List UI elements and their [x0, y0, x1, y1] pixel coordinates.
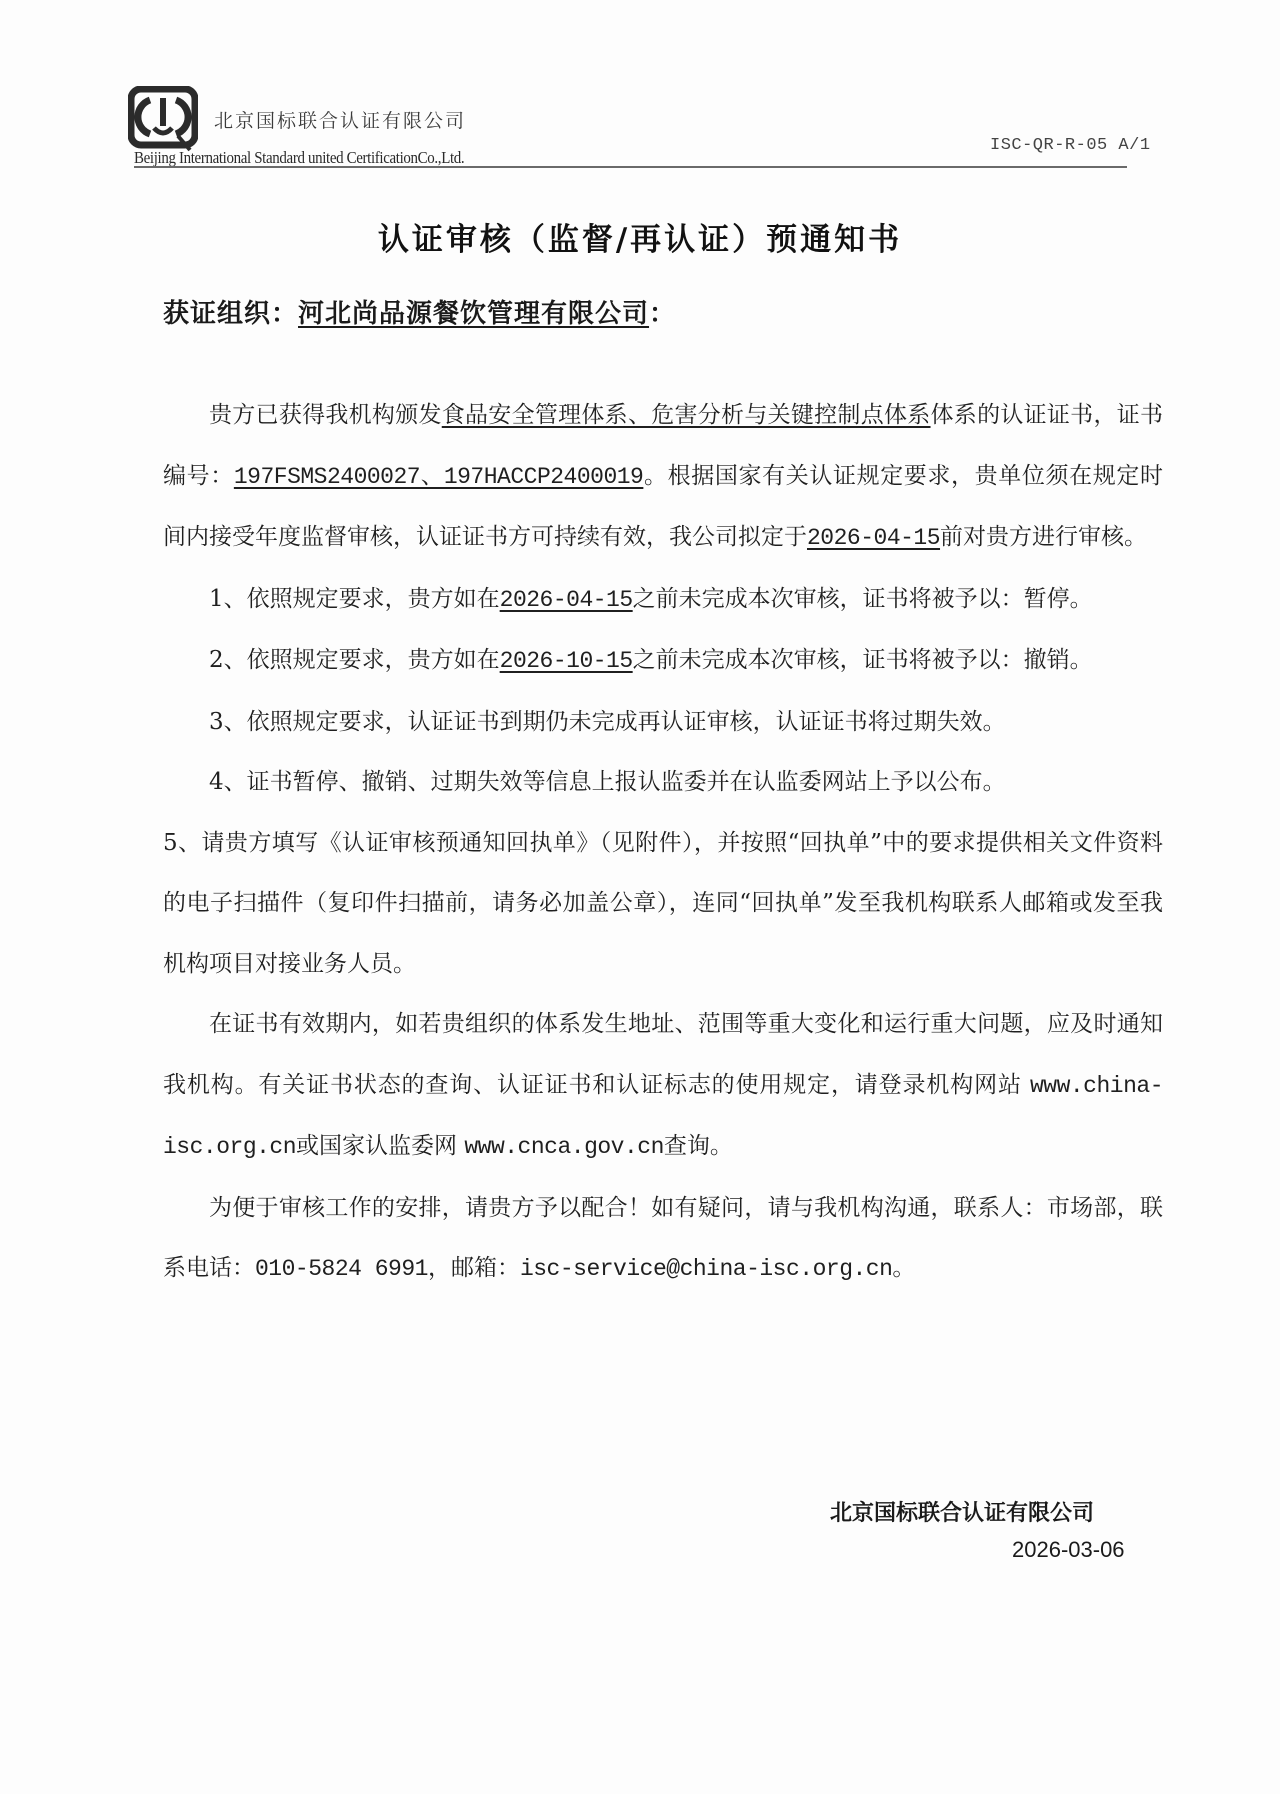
- certificate-numbers: 197FSMS2400027、197HACCP2400019: [234, 464, 644, 490]
- document-page: 北京国标联合认证有限公司 Beijing International Stand…: [0, 0, 1280, 1794]
- signature-company: 北京国标联合认证有限公司: [830, 1496, 1094, 1527]
- intro-text-a: 贵方已获得我机构颁发: [209, 402, 442, 428]
- suspension-date: 2026-04-15: [500, 587, 633, 613]
- contact-email-link[interactable]: isc-service@china-isc.org.cn: [520, 1256, 892, 1282]
- intro-paragraph: 贵方已获得我机构颁发食品安全管理体系、危害分析与关键控制点体系体系的认证证书，证…: [163, 385, 1163, 569]
- notice-paragraph: 在证书有效期内，如若贵组织的体系发生地址、范围等重大变化和运行重大问题，应及时通…: [163, 994, 1163, 1178]
- company-name-cn: 北京国标联合认证有限公司: [214, 106, 466, 133]
- clause-1-text-b: 之前未完成本次审核，证书将被予以：暂停。: [633, 586, 1093, 612]
- notice-body: 贵方已获得我机构颁发食品安全管理体系、危害分析与关键控制点体系体系的认证证书，证…: [163, 385, 1163, 1300]
- cnca-website-link[interactable]: www.cnca.gov.cn: [464, 1134, 664, 1160]
- certified-systems: 食品安全管理体系、危害分析与关键控制点体系: [442, 402, 931, 428]
- addressee-label: 获证组织：: [163, 299, 298, 329]
- clause-5: 5、请贵方填写《认证审核预通知回执单》（见附件），并按照“回执单”中的要求提供相…: [163, 813, 1163, 995]
- contact-phone: 010-5824 6991: [255, 1256, 428, 1282]
- clause-1-text-a: 1、依照规定要求，贵方如在: [209, 586, 500, 612]
- addressee-suffix: ：: [649, 299, 676, 329]
- contact-text-c: 。: [892, 1255, 915, 1281]
- document-title: 认证审核（监督/再认证）预通知书: [0, 214, 1280, 259]
- clause-2: 2、依照规定要求，贵方如在2026-10-15之前未完成本次审核，证书将被予以：…: [163, 630, 1163, 692]
- revocation-date: 2026-10-15: [500, 648, 633, 674]
- notice-text-a: 在证书有效期内，如若贵组织的体系发生地址、范围等重大变化和运行重大问题，应及时通…: [163, 1011, 1163, 1098]
- intro-text-d: 前对贵方进行审核。: [940, 524, 1147, 550]
- clause-2-text-a: 2、依照规定要求，贵方如在: [209, 647, 500, 673]
- signature-date: 2026-03-06: [1012, 1537, 1125, 1563]
- clause-4: 4、证书暂停、撤销、过期失效等信息上报认监委并在认监委网站上予以公布。: [163, 752, 1163, 813]
- contact-paragraph: 为便于审核工作的安排，请贵方予以配合！如有疑问，请与我机构沟通，联系人：市场部，…: [163, 1178, 1163, 1300]
- addressee: 获证组织：河北尚品源餐饮管理有限公司：: [163, 293, 676, 330]
- notice-text-b: 或国家认监委网: [296, 1133, 464, 1159]
- clause-2-text-b: 之前未完成本次审核，证书将被予以：撤销。: [633, 647, 1093, 673]
- clause-3: 3、依照规定要求，认证证书到期仍未完成再认证审核，认证证书将过期失效。: [163, 692, 1163, 753]
- addressee-organization: 河北尚品源餐饮管理有限公司: [298, 299, 649, 329]
- contact-text-b: ，邮箱：: [428, 1255, 520, 1281]
- company-name-en: Beijing International Standard united Ce…: [134, 148, 464, 168]
- notice-text-c: 查询。: [664, 1133, 733, 1159]
- header-divider: [134, 166, 1127, 168]
- audit-deadline: 2026-04-15: [807, 525, 940, 551]
- document-code: ISC-QR-R-05 A/1: [990, 136, 1151, 155]
- clause-1: 1、依照规定要求，贵方如在2026-04-15之前未完成本次审核，证书将被予以：…: [163, 569, 1163, 631]
- isc-logo-icon: [128, 86, 198, 152]
